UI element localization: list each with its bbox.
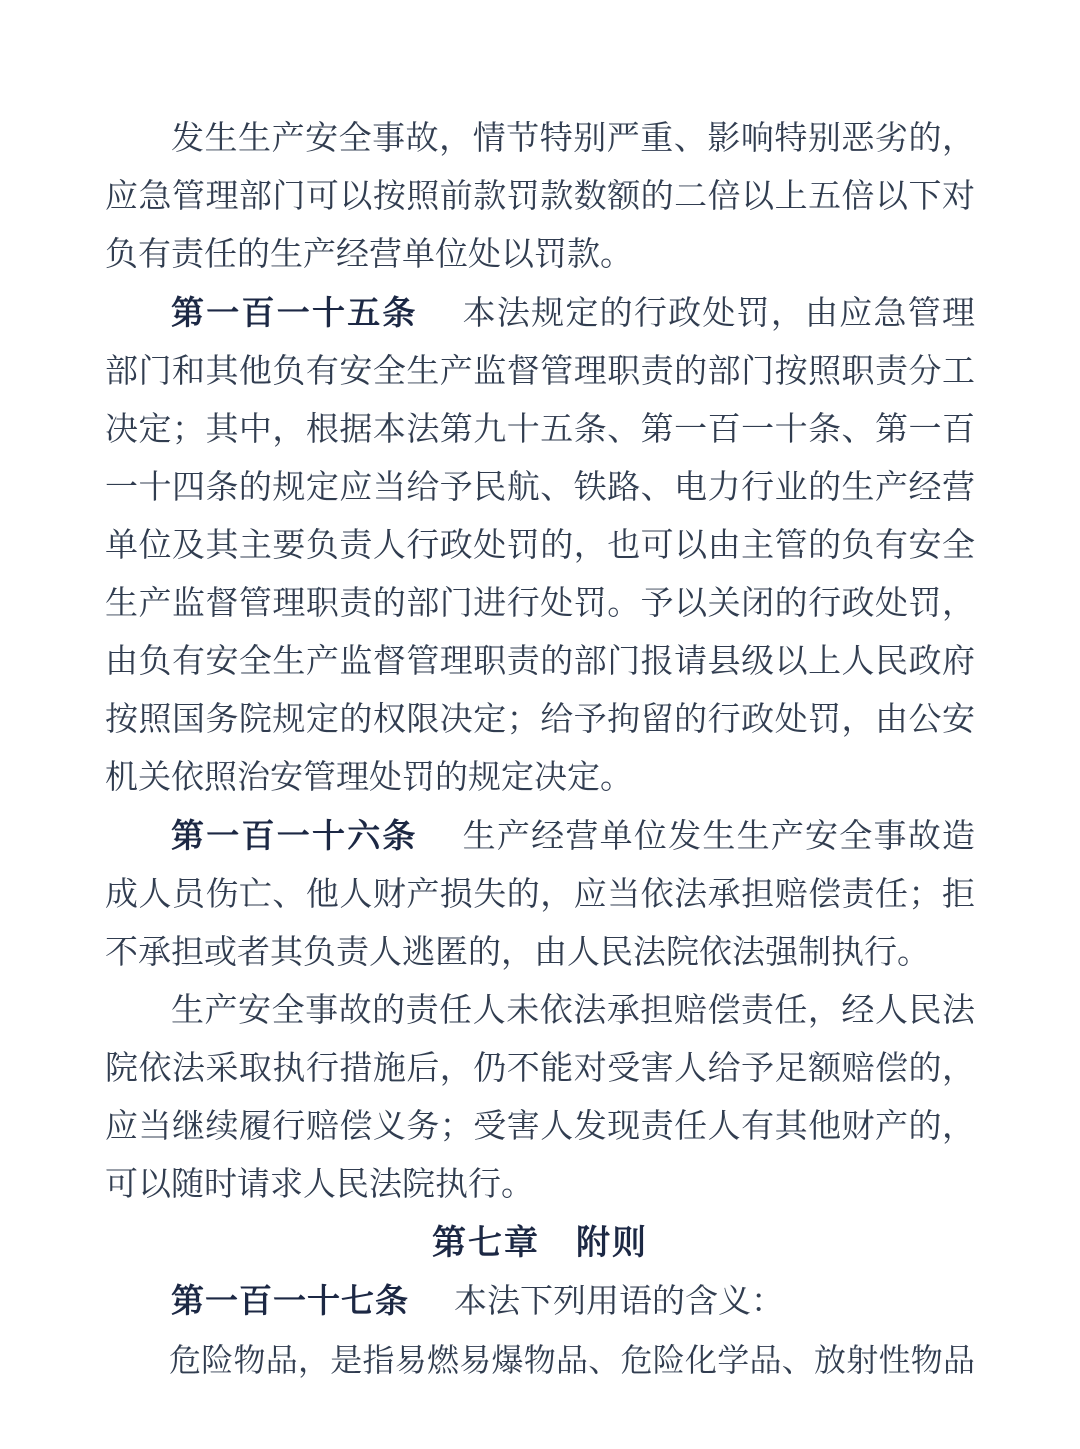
paragraph-dangerous-goods-definition: 危险物品，是指易燃易爆物品、危险化学品、放射性物品 bbox=[105, 1331, 975, 1389]
article-117-number: 第一百一十七条 bbox=[171, 1282, 409, 1319]
article-115: 第一百一十五条本法规定的行政处罚，由应急管理部门和其他负有安全生产监督管理职责的… bbox=[105, 284, 975, 807]
article-115-number: 第一百一十五条 bbox=[171, 294, 418, 331]
chapter-7-heading: 第七章 附则 bbox=[105, 1214, 975, 1272]
article-116-number: 第一百一十六条 bbox=[171, 817, 418, 854]
article-117-text: 本法下列用语的含义： bbox=[454, 1284, 784, 1320]
document-page: 发生生产安全事故，情节特别严重、影响特别恶劣的，应急管理部门可以按照前款罚款数额… bbox=[0, 0, 1080, 1449]
article-115-text: 本法规定的行政处罚，由应急管理部门和其他负有安全生产监督管理职责的部门按照职责分… bbox=[105, 296, 975, 796]
paragraph-compensation-enforcement: 生产安全事故的责任人未依法承担赔偿责任，经人民法院依法采取执行措施后，仍不能对受… bbox=[105, 982, 975, 1214]
paragraph-penalty-multiple: 发生生产安全事故，情节特别严重、影响特别恶劣的，应急管理部门可以按照前款罚款数额… bbox=[105, 110, 975, 284]
article-117: 第一百一十七条本法下列用语的含义： bbox=[105, 1272, 975, 1331]
article-116: 第一百一十六条生产经营单位发生生产安全事故造成人员伤亡、他人财产损失的，应当依法… bbox=[105, 807, 975, 982]
